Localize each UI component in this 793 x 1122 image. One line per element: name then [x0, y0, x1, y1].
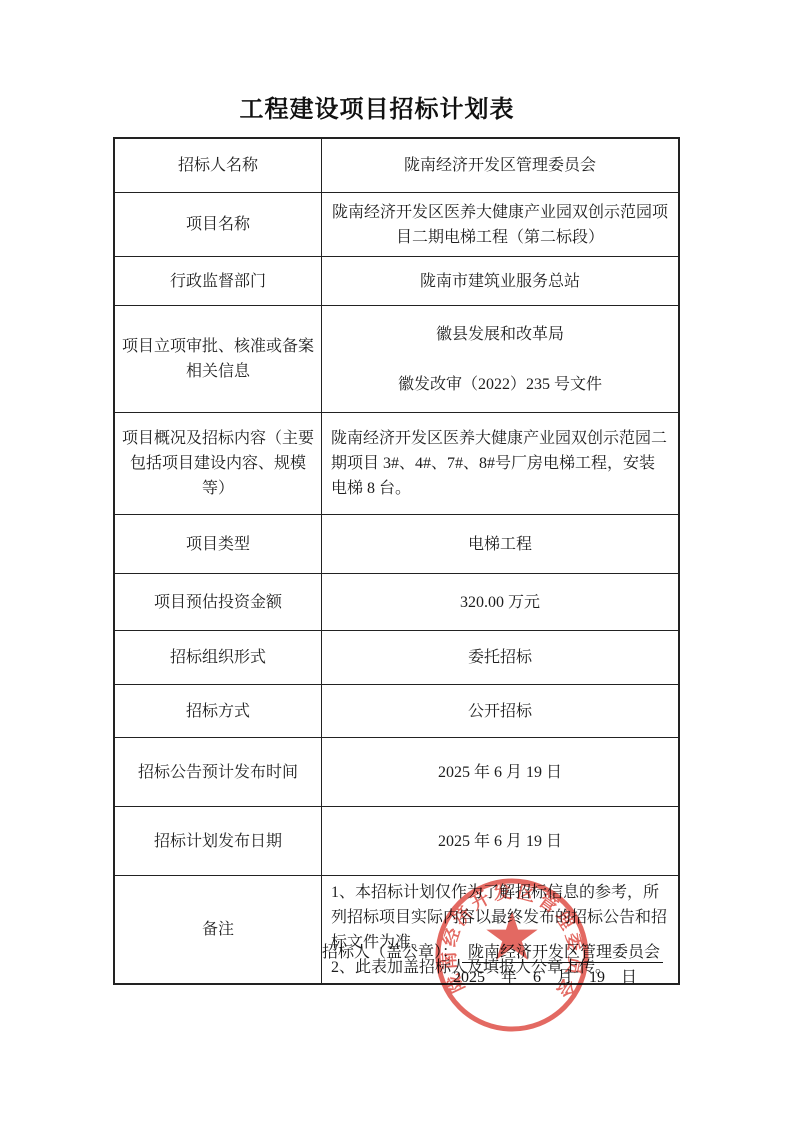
- row-value: 委托招标: [322, 631, 680, 685]
- page-title: 工程建设项目招标计划表: [0, 94, 754, 126]
- row-label: 项目名称: [114, 193, 322, 257]
- row-label: 项目类型: [114, 515, 322, 574]
- row-value: 2025 年 6 月 19 日: [322, 738, 680, 807]
- row-label: 招标方式: [114, 685, 322, 738]
- table-row: 招标人名称 陇南经济开发区管理委员会: [114, 138, 679, 193]
- signature-name: 陇南经济开发区管理委员会: [462, 944, 663, 963]
- row-label: 项目概况及招标内容（主要包括项目建设内容、规模等）: [114, 413, 322, 515]
- table-row: 行政监督部门 陇南市建筑业服务总站: [114, 257, 679, 306]
- row-label: 项目预估投资金额: [114, 574, 322, 631]
- table-row: 项目概况及招标内容（主要包括项目建设内容、规模等） 陇南经济开发区医养大健康产业…: [114, 413, 679, 515]
- row-value: 公开招标: [322, 685, 680, 738]
- row-label: 招标组织形式: [114, 631, 322, 685]
- row-label: 备注: [114, 876, 322, 985]
- row-label: 招标公告预计发布时间: [114, 738, 322, 807]
- document-page: 工程建设项目招标计划表 招标人名称 陇南经济开发区管理委员会 项目名称 陇南经济…: [0, 0, 793, 1122]
- row-label: 项目立项审批、核准或备案相关信息: [114, 306, 322, 413]
- row-value: 陇南经济开发区医养大健康产业园双创示范园二期项目 3#、4#、7#、8#号厂房电…: [322, 413, 680, 515]
- signature-label: 招标人（盖公章）：: [322, 944, 458, 961]
- table-row: 招标方式 公开招标: [114, 685, 679, 738]
- row-label: 行政监督部门: [114, 257, 322, 306]
- table-row: 项目名称 陇南经济开发区医养大健康产业园双创示范园项目二期电梯工程（第二标段）: [114, 193, 679, 257]
- row-label: 招标计划发布日期: [114, 807, 322, 876]
- row-value: 320.00 万元: [322, 574, 680, 631]
- table-row: 项目立项审批、核准或备案相关信息 徽县发展和改革局 徽发改审（2022）235 …: [114, 306, 679, 413]
- row-value: 陇南经济开发区管理委员会: [322, 138, 680, 193]
- bidding-plan-table: 招标人名称 陇南经济开发区管理委员会 项目名称 陇南经济开发区医养大健康产业园双…: [113, 137, 680, 985]
- signature-date: 2025 年 6 月 19 日: [453, 965, 663, 990]
- signature-block: 招标人（盖公章）：陇南经济开发区管理委员会 2025 年 6 月 19 日: [322, 940, 663, 990]
- signature-line: 招标人（盖公章）：陇南经济开发区管理委员会: [322, 940, 663, 965]
- row-value: 陇南市建筑业服务总站: [322, 257, 680, 306]
- table-row: 项目预估投资金额 320.00 万元: [114, 574, 679, 631]
- row-value: 电梯工程: [322, 515, 680, 574]
- row-label: 招标人名称: [114, 138, 322, 193]
- row-value: 陇南经济开发区医养大健康产业园双创示范园项目二期电梯工程（第二标段）: [322, 193, 680, 257]
- table-row: 项目类型 电梯工程: [114, 515, 679, 574]
- table-row: 招标组织形式 委托招标: [114, 631, 679, 685]
- table-row: 招标计划发布日期 2025 年 6 月 19 日: [114, 807, 679, 876]
- row-value: 徽县发展和改革局 徽发改审（2022）235 号文件: [322, 306, 680, 413]
- row-value: 2025 年 6 月 19 日: [322, 807, 680, 876]
- table-row: 招标公告预计发布时间 2025 年 6 月 19 日: [114, 738, 679, 807]
